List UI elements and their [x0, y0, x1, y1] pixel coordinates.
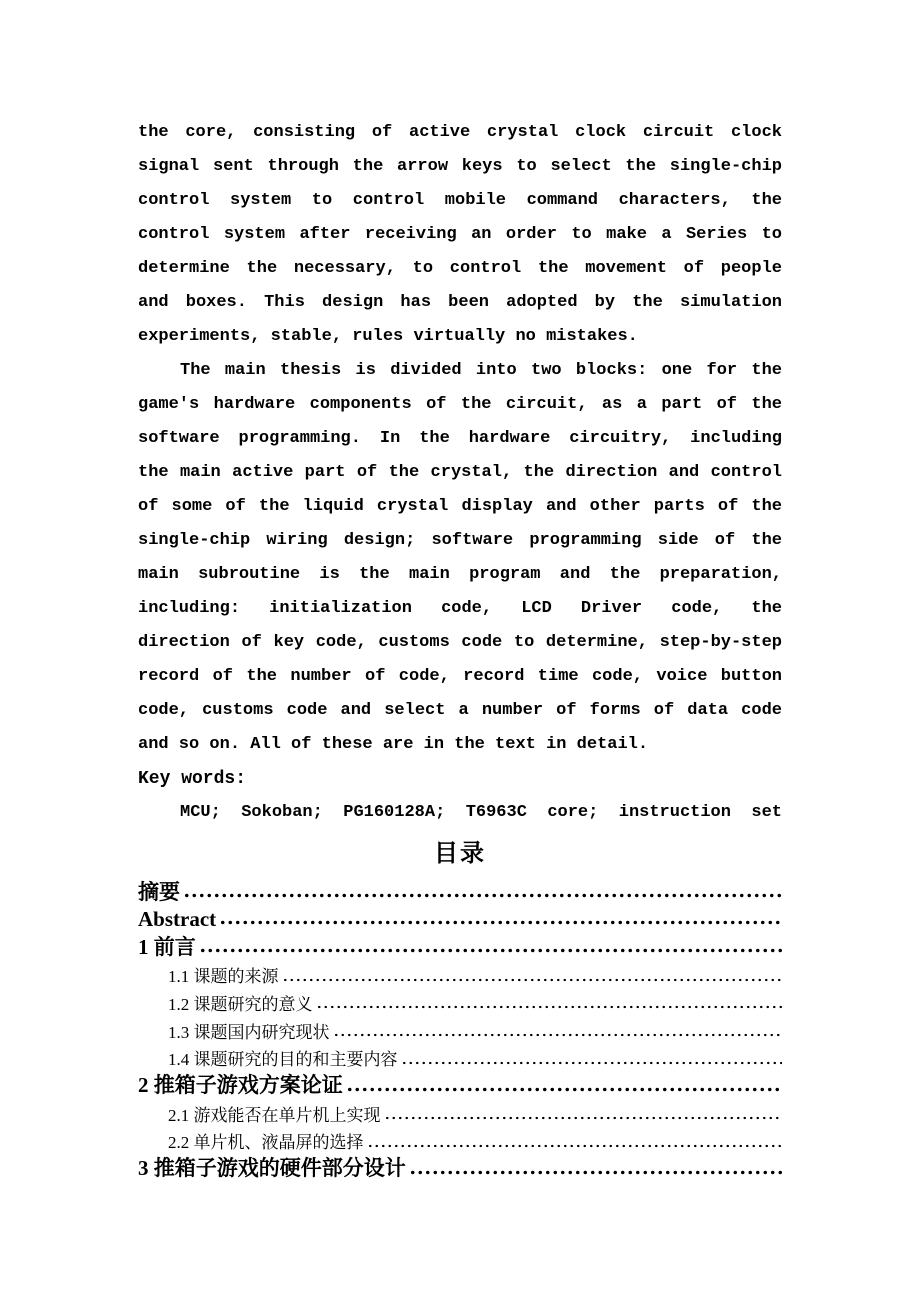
abstract-line: control system to control mobile command… — [138, 184, 782, 218]
toc-entry: 1.1 课题的来源 — [138, 959, 782, 987]
abstract-line: determine the necessary, to control the … — [138, 252, 782, 286]
abstract-line: The main thesis is divided into two bloc… — [138, 354, 782, 388]
abstract-line: the main active part of the crystal, the… — [138, 456, 782, 490]
keywords-label: Key words: — [138, 762, 782, 796]
toc-section: 摘要Abstract1 前言1.1 课题的来源1.2 课题研究的意义1.3 课题… — [138, 876, 782, 1181]
abstract-line: including: initialization code, LCD Driv… — [138, 592, 782, 626]
abstract-line: single-chip wiring design; software prog… — [138, 524, 782, 558]
toc-entry: 2.2 单片机、液晶屏的选择 — [138, 1125, 782, 1153]
toc-entry-label: 2 推箱子游戏方案论证 — [138, 1073, 343, 1097]
abstract-line: software programming. In the hardware ci… — [138, 422, 782, 456]
toc-entry: 摘要 — [138, 876, 782, 904]
toc-entry: 1.2 课题研究的意义 — [138, 987, 782, 1015]
toc-title: 目录 — [138, 838, 782, 870]
toc-entry: 3 推箱子游戏的硬件部分设计 — [138, 1153, 782, 1181]
toc-entry: Abstract — [138, 904, 782, 932]
document-page: the core, consisting of active crystal c… — [0, 0, 920, 1302]
abstract-line: and so on. All of these are in the text … — [138, 728, 782, 762]
toc-entry-label: 2.2 单片机、液晶屏的选择 — [168, 1133, 364, 1153]
abstract-line: the core, consisting of active crystal c… — [138, 116, 782, 150]
abstract-line: main subroutine is the main program and … — [138, 558, 782, 592]
abstract-line: direction of key code, customs code to d… — [138, 626, 782, 660]
abstract-line: code, customs code and select a number o… — [138, 694, 782, 728]
dot-leader — [409, 1169, 782, 1176]
toc-entry-label: 1.1 课题的来源 — [168, 967, 279, 987]
dot-leader — [183, 892, 782, 899]
dot-leader — [316, 1004, 783, 1010]
toc-entry-label: 1.2 课题研究的意义 — [168, 995, 313, 1015]
toc-entry: 1.3 课题国内研究现状 — [138, 1014, 782, 1042]
abstract-line: game's hardware components of the circui… — [138, 388, 782, 422]
abstract-line: control system after receiving an order … — [138, 218, 782, 252]
dot-leader — [219, 919, 782, 926]
abstract-paragraph-2: The main thesis is divided into two bloc… — [138, 354, 782, 762]
dot-leader — [401, 1060, 783, 1066]
dot-leader — [282, 977, 783, 983]
toc-entry-label: 2.1 游戏能否在单片机上实现 — [168, 1106, 381, 1126]
dot-leader — [333, 1032, 783, 1038]
toc-entry: 1.4 课题研究的目的和主要内容 — [138, 1042, 782, 1070]
toc-entry-label: 1 前言 — [138, 935, 196, 959]
dot-leader — [199, 947, 782, 954]
toc-entry-label: 摘要 — [138, 880, 180, 904]
abstract-paragraph-1: the core, consisting of active crystal c… — [138, 116, 782, 354]
abstract-line: and boxes. This design has been adopted … — [138, 286, 782, 320]
abstract-section: the core, consisting of active crystal c… — [138, 116, 782, 830]
abstract-line: signal sent through the arrow keys to se… — [138, 150, 782, 184]
toc-entry-label: 1.3 课题国内研究现状 — [168, 1023, 330, 1043]
abstract-line: record of the number of code, record tim… — [138, 660, 782, 694]
abstract-line: experiments, stable, rules virtually no … — [138, 320, 782, 354]
toc-entry-label: 3 推箱子游戏的硬件部分设计 — [138, 1156, 406, 1180]
dot-leader — [346, 1086, 782, 1093]
dot-leader — [384, 1115, 783, 1121]
dot-leader — [367, 1143, 783, 1149]
toc-entry: 1 前言 — [138, 931, 782, 959]
toc-entry: 2 推箱子游戏方案论证 — [138, 1070, 782, 1098]
keywords-line: MCU; Sokoban; PG160128A; T6963C core; in… — [138, 796, 782, 830]
toc-entry-label: Abstract — [138, 907, 216, 931]
abstract-line: of some of the liquid crystal display an… — [138, 490, 782, 524]
toc-entry-label: 1.4 课题研究的目的和主要内容 — [168, 1050, 398, 1070]
toc-entry: 2.1 游戏能否在单片机上实现 — [138, 1098, 782, 1126]
